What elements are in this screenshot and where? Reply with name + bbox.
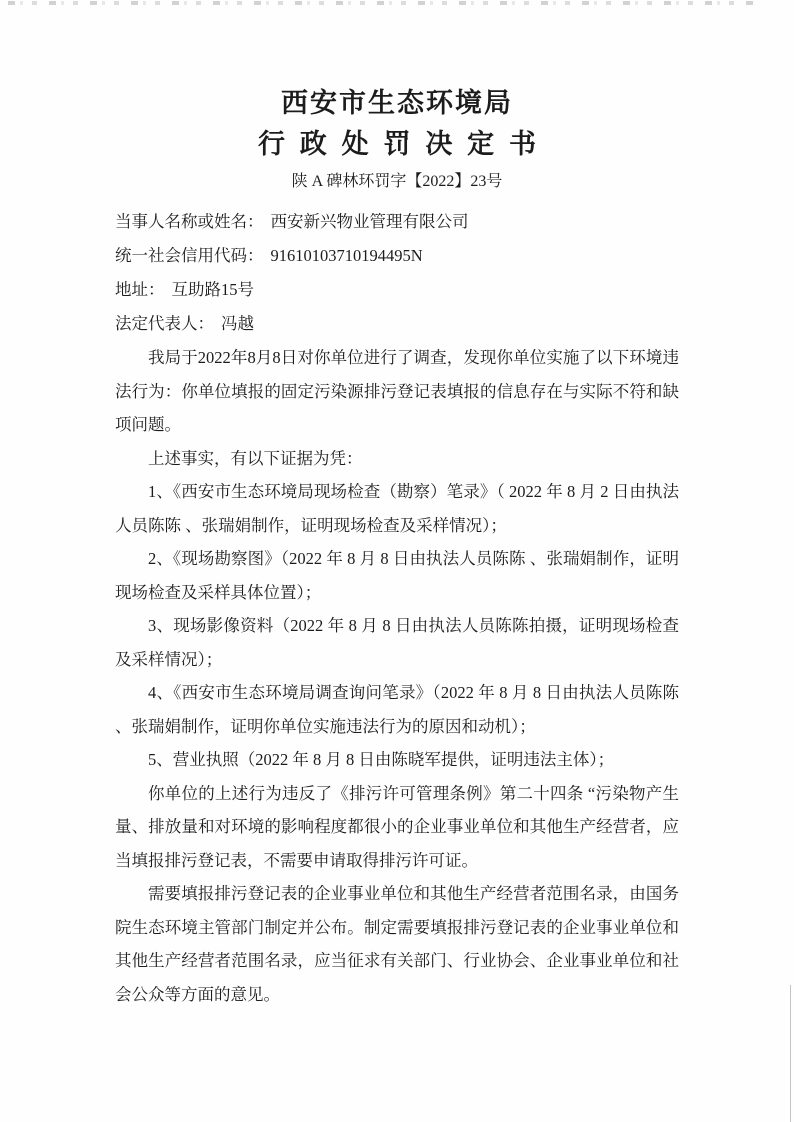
- legal-basis-paragraph: 你单位的上述行为违反了《排污许可管理条例》第二十四条 “污染物产生量、排放量和对…: [115, 777, 679, 878]
- evidence-item-2: 2、《现场勘察图》（2022 年 8 月 8 日由执法人员陈陈 、张瑞娟制作，证…: [115, 542, 679, 609]
- address-value: 互助路15号: [172, 280, 255, 299]
- document-type-title: 行政处罚决定书: [115, 126, 679, 162]
- agency-title: 西安市生态环境局: [115, 86, 679, 120]
- document-content: 西安市生态环境局 行政处罚决定书 陕 A 碑林环罚字【2022】23号 当事人名…: [115, 0, 679, 1011]
- credit-code-label: 统一社会信用代码：: [115, 246, 264, 265]
- evidence-item-3: 3、现场影像资料（2022 年 8 月 8 日由执法人员陈陈拍摄，证明现场检查及…: [115, 609, 679, 676]
- legal-representative-label: 法定代表人：: [115, 314, 214, 333]
- party-name-value: 西安新兴物业管理有限公司: [271, 212, 469, 231]
- address-label: 地址：: [115, 280, 165, 299]
- document-body: 我局于2022年8月8日对你单位进行了调查，发现你单位实施了以下环境违法行为：你…: [115, 341, 679, 1011]
- document-number: 陕 A 碑林环罚字【2022】23号: [115, 171, 679, 193]
- legal-representative-line: 法定代表人：冯越: [115, 307, 679, 341]
- credit-code-value: 91610103710194495N: [271, 246, 423, 265]
- legal-representative-value: 冯越: [221, 314, 254, 333]
- evidence-item-1: 1、《西安市生态环境局现场检查（勘察）笔录》（ 2022 年 8 月 2 日由执…: [115, 475, 679, 542]
- address-line: 地址：互助路15号: [115, 273, 679, 307]
- scan-noise-right-edge: [790, 985, 791, 1122]
- party-name-label: 当事人名称或姓名：: [115, 212, 264, 231]
- credit-code-line: 统一社会信用代码：91610103710194495N: [115, 239, 679, 273]
- party-name-line: 当事人名称或姓名：西安新兴物业管理有限公司: [115, 205, 679, 239]
- party-info-block: 当事人名称或姓名：西安新兴物业管理有限公司 统一社会信用代码：916101037…: [115, 205, 679, 341]
- registration-scope-paragraph: 需要填报排污登记表的企业事业单位和其他生产经营者范围名录，由国务院生态环境主管部…: [115, 877, 679, 1011]
- evidence-item-4: 4、《西安市生态环境局调查询问笔录》（2022 年 8 月 8 日由执法人员陈陈…: [115, 676, 679, 743]
- evidence-intro-paragraph: 上述事实，有以下证据为凭：: [115, 442, 679, 476]
- document-page: 西安市生态环境局 行政处罚决定书 陕 A 碑林环罚字【2022】23号 当事人名…: [0, 0, 794, 1122]
- investigation-paragraph: 我局于2022年8月8日对你单位进行了调查，发现你单位实施了以下环境违法行为：你…: [115, 341, 679, 442]
- evidence-item-5: 5、营业执照（2022 年 8 月 8 日由陈晓军提供，证明违法主体）；: [115, 743, 679, 777]
